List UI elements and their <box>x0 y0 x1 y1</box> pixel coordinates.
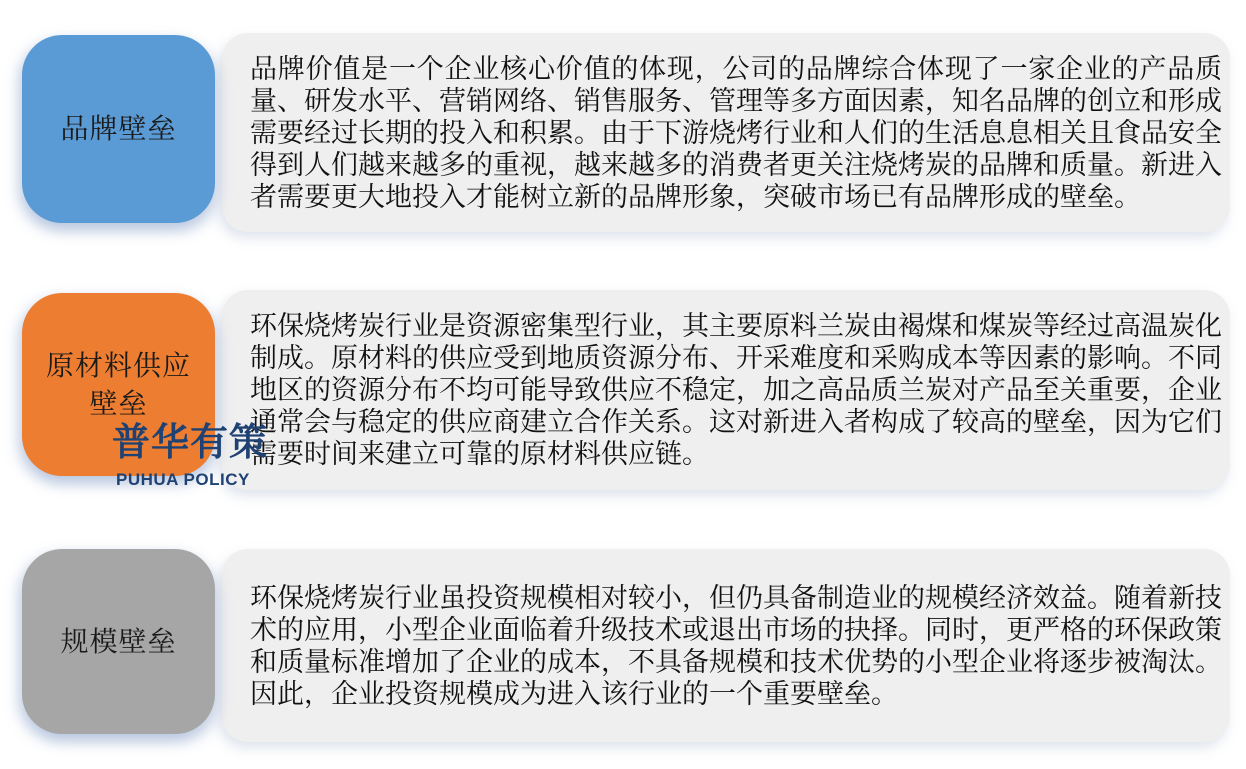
puhua-policy-watermark-logo: 普华有策 PUHUA POLICY <box>112 424 268 488</box>
scale-barrier-text-panel: 环保烧烤炭行业虽投资规模相对较小，但仍具备制造业的规模经济效益。随着新技术的应用… <box>222 549 1230 742</box>
scale-barrier-description: 环保烧烤炭行业虽投资规模相对较小，但仍具备制造业的规模经济效益。随着新技术的应用… <box>250 582 1222 710</box>
brand-barrier-text-panel: 品牌价值是一个企业核心价值的体现，公司的品牌综合体现了一家企业的产品质量、研发水… <box>222 33 1230 232</box>
raw-material-barrier-text-panel: 环保烧烤炭行业是资源密集型行业，其主要原料兰炭由褐煤和煤炭等经过高温炭化制成。原… <box>222 290 1230 490</box>
puhua-policy-logo-chinese: 普华有策 <box>112 424 268 462</box>
brand-barrier-label-box: 品牌壁垒 <box>22 35 215 223</box>
scale-barrier-label: 规模壁垒 <box>38 623 198 661</box>
puhua-policy-logo-english: PUHUA POLICY <box>116 471 268 488</box>
scale-barrier-label-box: 规模壁垒 <box>22 549 215 734</box>
brand-barrier-description: 品牌价值是一个企业核心价值的体现，公司的品牌综合体现了一家企业的产品质量、研发水… <box>250 53 1222 213</box>
raw-material-barrier-description: 环保烧烤炭行业是资源密集型行业，其主要原料兰炭由褐煤和煤炭等经过高温炭化制成。原… <box>250 310 1222 470</box>
brand-barrier-label: 品牌壁垒 <box>38 110 198 148</box>
raw-material-barrier-label: 原材料供应壁垒 <box>22 347 215 423</box>
